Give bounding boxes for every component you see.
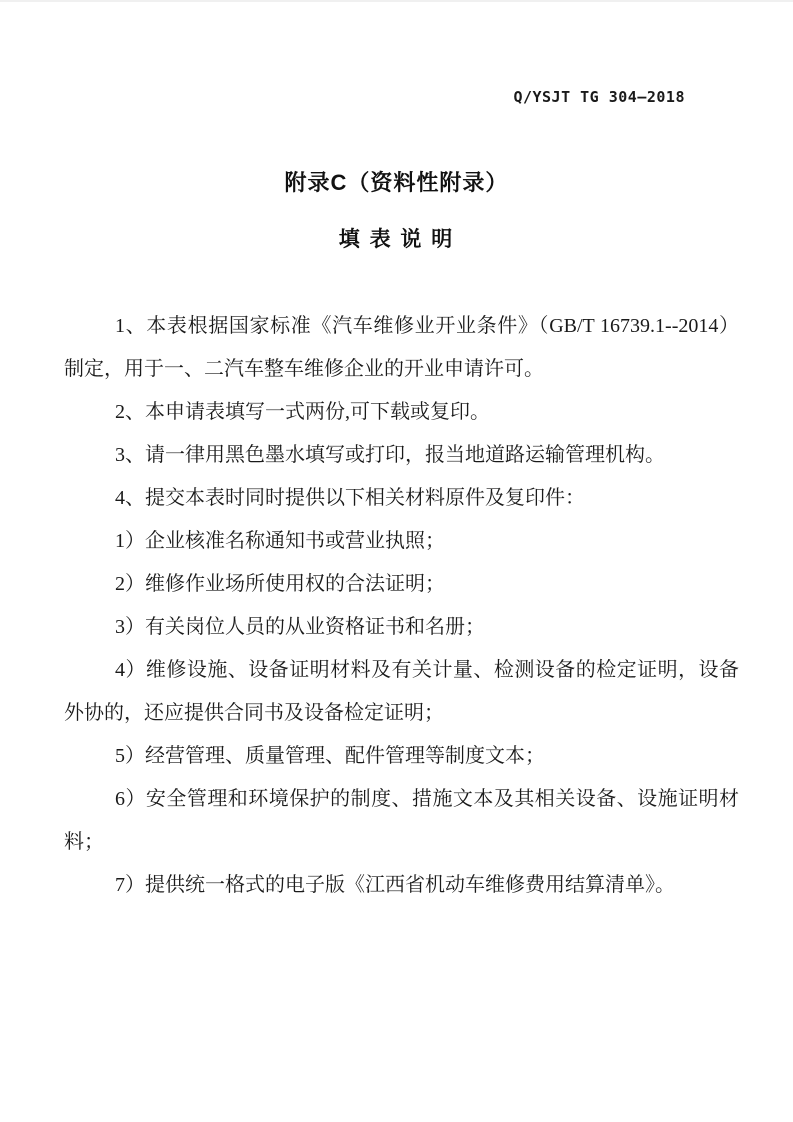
paragraph-4: 4、提交本表时同时提供以下相关材料原件及复印件： — [64, 477, 739, 520]
list-item-4: 4）维修设施、设备证明材料及有关计量、检测设备的检定证明，设备外协的，还应提供合… — [64, 649, 739, 735]
paragraph-2: 2、本申请表填写一式两份,可下载或复印。 — [64, 391, 739, 434]
document-code: Q/YSJT TG 304—2018 — [0, 2, 793, 106]
list-item-6: 6）安全管理和环境保护的制度、措施文本及其相关设备、设施证明材料； — [64, 778, 739, 864]
document-body: 1、本表根据国家标准《汽车维修业开业条件》（GB/T 16739.1--2014… — [0, 305, 793, 907]
paragraph-1: 1、本表根据国家标准《汽车维修业开业条件》（GB/T 16739.1--2014… — [64, 305, 739, 391]
list-item-1: 1）企业核准名称通知书或营业执照； — [64, 520, 739, 563]
list-item-7: 7）提供统一格式的电子版《江西省机动车维修费用结算清单》。 — [64, 864, 739, 907]
list-item-5: 5）经营管理、质量管理、配件管理等制度文本； — [64, 735, 739, 778]
page-subtitle: 填 表 说 明 — [0, 223, 793, 253]
document-page: Q/YSJT TG 304—2018 附录C（资料性附录） 填 表 说 明 1、… — [0, 0, 793, 1122]
paragraph-3: 3、请一律用黑色墨水填写或打印，报当地道路运输管理机构。 — [64, 434, 739, 477]
page-title: 附录C（资料性附录） — [0, 166, 793, 197]
list-item-3: 3）有关岗位人员的从业资格证书和名册； — [64, 606, 739, 649]
list-item-2: 2）维修作业场所使用权的合法证明； — [64, 563, 739, 606]
